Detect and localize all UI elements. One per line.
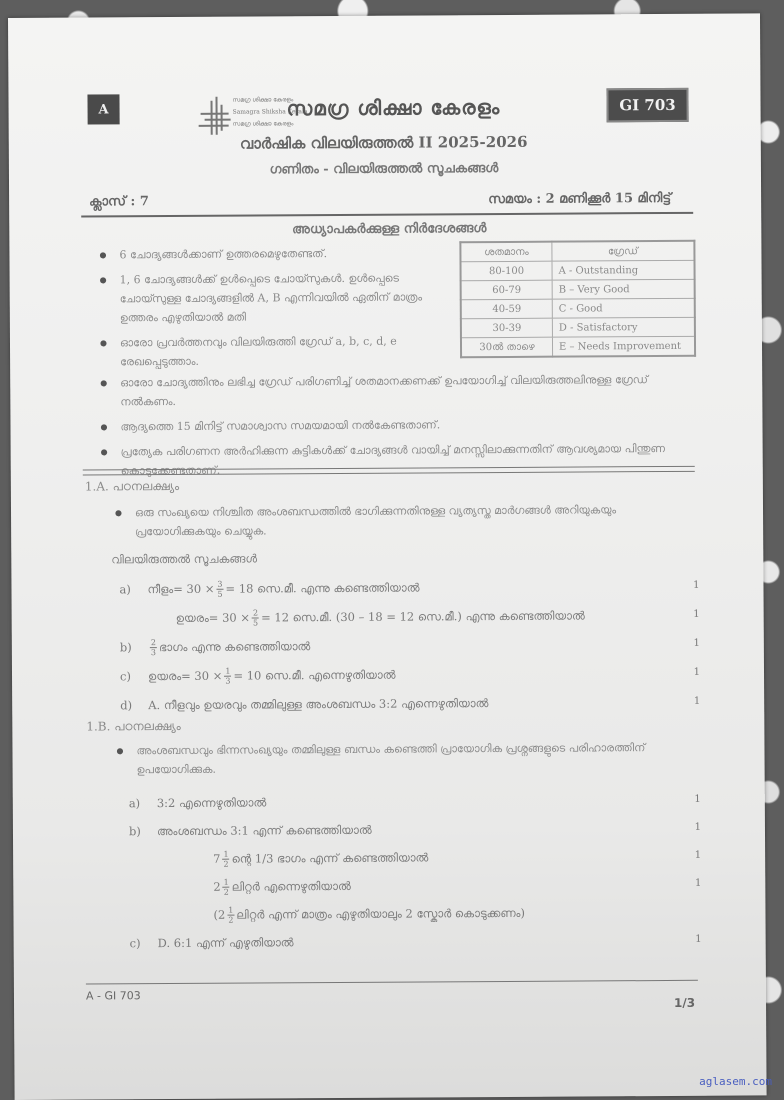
indicator-row: (212ലിറ്റർ എന്ന് മാത്രം എഴുതിയാലും 2 സ്ക… xyxy=(185,898,701,929)
item-label: b) xyxy=(120,640,148,654)
footer-paper-code: A - GI 703 xyxy=(86,989,141,1002)
item-text: ന്റെ 1/3 ഭാഗം എന്ന് കണ്ടെത്തിയാൽ xyxy=(232,850,429,866)
section-1b-heading: 1.B. പഠനലക്ഷ്യം xyxy=(86,719,180,735)
instruction-item: ഓരോ പ്രവർത്തനവും വിലയിരുത്തി ഗ്രേഡ് a, b… xyxy=(92,331,452,371)
samagra-shiksha-logo: സമഗ്ര ശിക്ഷാ കേരളം Samagra Shiksha Keral… xyxy=(198,90,278,140)
indicator-row: b)അംശബന്ധം 3:1 എന്ന് കണ്ടെത്തിയാൽ1 xyxy=(129,814,701,845)
indicator-row: d)A. നീളവും ഉയരവും തമ്മിലുള്ള അംശബന്ധം 3… xyxy=(120,688,700,720)
item-text: = 18 സെ.മീ. എന്നു കണ്ടെത്തിയാൽ xyxy=(225,580,419,596)
score-mark: 1 xyxy=(695,878,701,889)
indicator-row: c)ഉയരം= 30 ×13= 10 സെ.മീ. എന്നെഴുതിയാൽ1 xyxy=(120,659,700,691)
instruction-item: ഓരോ ചോദ്യത്തിനും ലഭിച്ച ഗ്രേഡ് പരിഗണിച്ച… xyxy=(92,370,692,412)
indicator-row: b)23ഭാഗം എന്നു കണ്ടെത്തിയാൽ1 xyxy=(120,630,700,662)
paper-code-box: GI 703 xyxy=(606,88,688,123)
footer-divider xyxy=(86,980,698,985)
objective-item: അംശബന്ധവും ഭിന്നസംഖ്യയും തമ്മിലുള്ള ബന്ധ… xyxy=(108,738,698,780)
fraction: 13 xyxy=(224,666,231,685)
grade-row: 80-100A - Outstanding xyxy=(460,260,694,280)
item-label: c) xyxy=(120,669,148,683)
item-label: b) xyxy=(129,824,157,838)
item-text: നീളം= 30 × xyxy=(147,581,214,596)
grade-table-header: ശതമാനം ഗ്രേഡ് xyxy=(460,241,694,262)
fraction: 25 xyxy=(252,608,259,627)
item-text: 3:2 എന്നെഴുതിയാൽ xyxy=(157,795,267,811)
score-mark: 1 xyxy=(694,667,700,678)
score-mark: 1 xyxy=(695,934,701,945)
section-1b-objective: അംശബന്ധവും ഭിന്നസംഖ്യയും തമ്മിലുള്ള ബന്ധ… xyxy=(108,738,698,786)
exam-title: വാർഷിക വിലയിരുത്തൽ II 2025-2026 xyxy=(219,133,549,153)
item-text: ലിറ്റർ എന്ന് മാത്രം എഴുതിയാലും 2 സ്കോർ ക… xyxy=(236,905,525,922)
instructions-title: അധ്യാപകർക്കുള്ള നിർദേശങ്ങൾ xyxy=(179,220,599,238)
item-text: D. 6:1 എന്ന് എഴുതിയാൽ xyxy=(158,935,294,951)
item-text: = 10 സെ.മീ. എന്നെഴുതിയാൽ xyxy=(233,667,395,683)
indicator-row: c)D. 6:1 എന്ന് എഴുതിയാൽ1 xyxy=(130,926,702,957)
score-mark: 1 xyxy=(695,822,701,833)
item-text: ഉയരം= 30 × xyxy=(176,610,250,625)
instructions-list-left: 6 ചോദ്യങ്ങൾക്കാണ് ഉത്തരമെഴുതേണ്ടത്. 1, 6… xyxy=(91,243,452,377)
item-text: 2 xyxy=(213,880,220,894)
score-mark: 1 xyxy=(693,609,699,620)
indicators-label: വിലയിരുത്തൽ സൂചകങ്ങൾ xyxy=(111,548,257,569)
score-mark: 1 xyxy=(694,696,700,707)
watermark: aglasem.com xyxy=(699,1075,772,1088)
item-text: 7 xyxy=(213,852,220,866)
fraction: 23 xyxy=(150,638,157,657)
class-label: ക്ലാസ് : 7 xyxy=(89,194,149,209)
grade-row: 60-79B – Very Good xyxy=(461,279,695,299)
fraction: 12 xyxy=(223,877,230,896)
page-number: 1/3 xyxy=(674,996,695,1010)
logo-text-1: സമഗ്ര ശിക്ഷാ കേരളം xyxy=(232,96,293,104)
score-mark: 1 xyxy=(695,850,701,861)
grade-row: 40-59C - Good xyxy=(461,298,695,318)
item-text: ഭാഗം എന്നു കണ്ടെത്തിയാൽ xyxy=(159,639,310,655)
grade-table: ശതമാനം ഗ്രേഡ് 80-100A - Outstanding 60-7… xyxy=(459,240,696,358)
item-text: ലിറ്റർ എന്നെഴുതിയാൽ xyxy=(232,878,351,894)
instruction-item: 1, 6 ചോദ്യങ്ങൾക്ക് ഉൾപ്പെടെ ചോയ്സുകൾ. ഉൾ… xyxy=(92,268,452,327)
indicator-row: a)3:2 എന്നെഴുതിയാൽ1 xyxy=(129,786,701,817)
objective-item: ഒരു സംഖ്യയെ നിശ്ചിത അംശബന്ധത്തിൽ ഭാഗിക്ക… xyxy=(107,500,697,542)
item-label: a) xyxy=(129,796,157,810)
score-mark: 1 xyxy=(693,638,699,649)
header-divider xyxy=(81,212,693,218)
fraction: 35 xyxy=(216,579,223,598)
exam-answer-key-page: A സമഗ്ര ശിക്ഷാ കേരളം Samagra Shiksha Ker… xyxy=(8,13,767,1100)
item-label: c) xyxy=(130,936,158,950)
item-text: = 12 സെ.മീ. (30 – 18 = 12 സെ.മീ.) എന്നു … xyxy=(261,608,585,625)
fraction: 12 xyxy=(227,905,234,924)
grade-row: 30ൽ താഴെE – Needs Improvement xyxy=(461,336,695,357)
item-text: (2 xyxy=(213,908,225,922)
time-label: സമയം : 2 മണിക്കൂർ 15 മിനിട്ട് xyxy=(488,191,671,207)
item-label: d) xyxy=(120,698,148,712)
item-text: ഉയരം= 30 × xyxy=(148,668,222,683)
grade-row: 30-39D - Satisfactory xyxy=(461,317,695,337)
logo-text-3: സമഗ്ര ശിക്ഷാ കേരളം xyxy=(233,120,294,128)
instruction-item: 6 ചോദ്യങ്ങൾക്കാണ് ഉത്തരമെഴുതേണ്ടത്. xyxy=(91,243,451,264)
instruction-item: ആദ്യത്തെ 15 മിനിട്ട് സമാശ്വാസ സമയമായി നൽ… xyxy=(92,414,692,437)
indicator-row: 212ലിറ്റർ എന്നെഴുതിയാൽ1 xyxy=(185,870,701,901)
organization-name: സമഗ്ര ശിക്ഷാ കേരളം xyxy=(286,95,500,120)
set-label-box: A xyxy=(87,94,119,124)
fraction: 12 xyxy=(222,849,229,868)
section-1a-objective: ഒരു സംഖ്യയെ നിശ്ചിത അംശബന്ധത്തിൽ ഭാഗിക്ക… xyxy=(107,500,697,548)
item-label: a) xyxy=(119,582,147,596)
item-text: A. നീളവും ഉയരവും തമ്മിലുള്ള അംശബന്ധം 3:2… xyxy=(148,696,488,713)
item-text: അംശബന്ധം 3:1 എന്ന് കണ്ടെത്തിയാൽ xyxy=(157,822,372,838)
score-mark: 1 xyxy=(693,580,699,591)
indicator-row: ഉയരം= 30 ×25= 12 സെ.മീ. (30 – 18 = 12 സെ… xyxy=(148,601,700,632)
subject-title: ഗണിതം - വിലയിരുത്തൽ സൂചകങ്ങൾ xyxy=(219,161,549,178)
indicator-row: 712ന്റെ 1/3 ഭാഗം എന്ന് കണ്ടെത്തിയാൽ1 xyxy=(185,842,701,873)
indicator-row: a)നീളം= 30 ×35= 18 സെ.മീ. എന്നു കണ്ടെത്ത… xyxy=(119,572,699,604)
score-mark: 1 xyxy=(694,794,700,805)
section-1a-heading: 1.A. പഠനലക്ഷ്യം xyxy=(85,479,179,495)
